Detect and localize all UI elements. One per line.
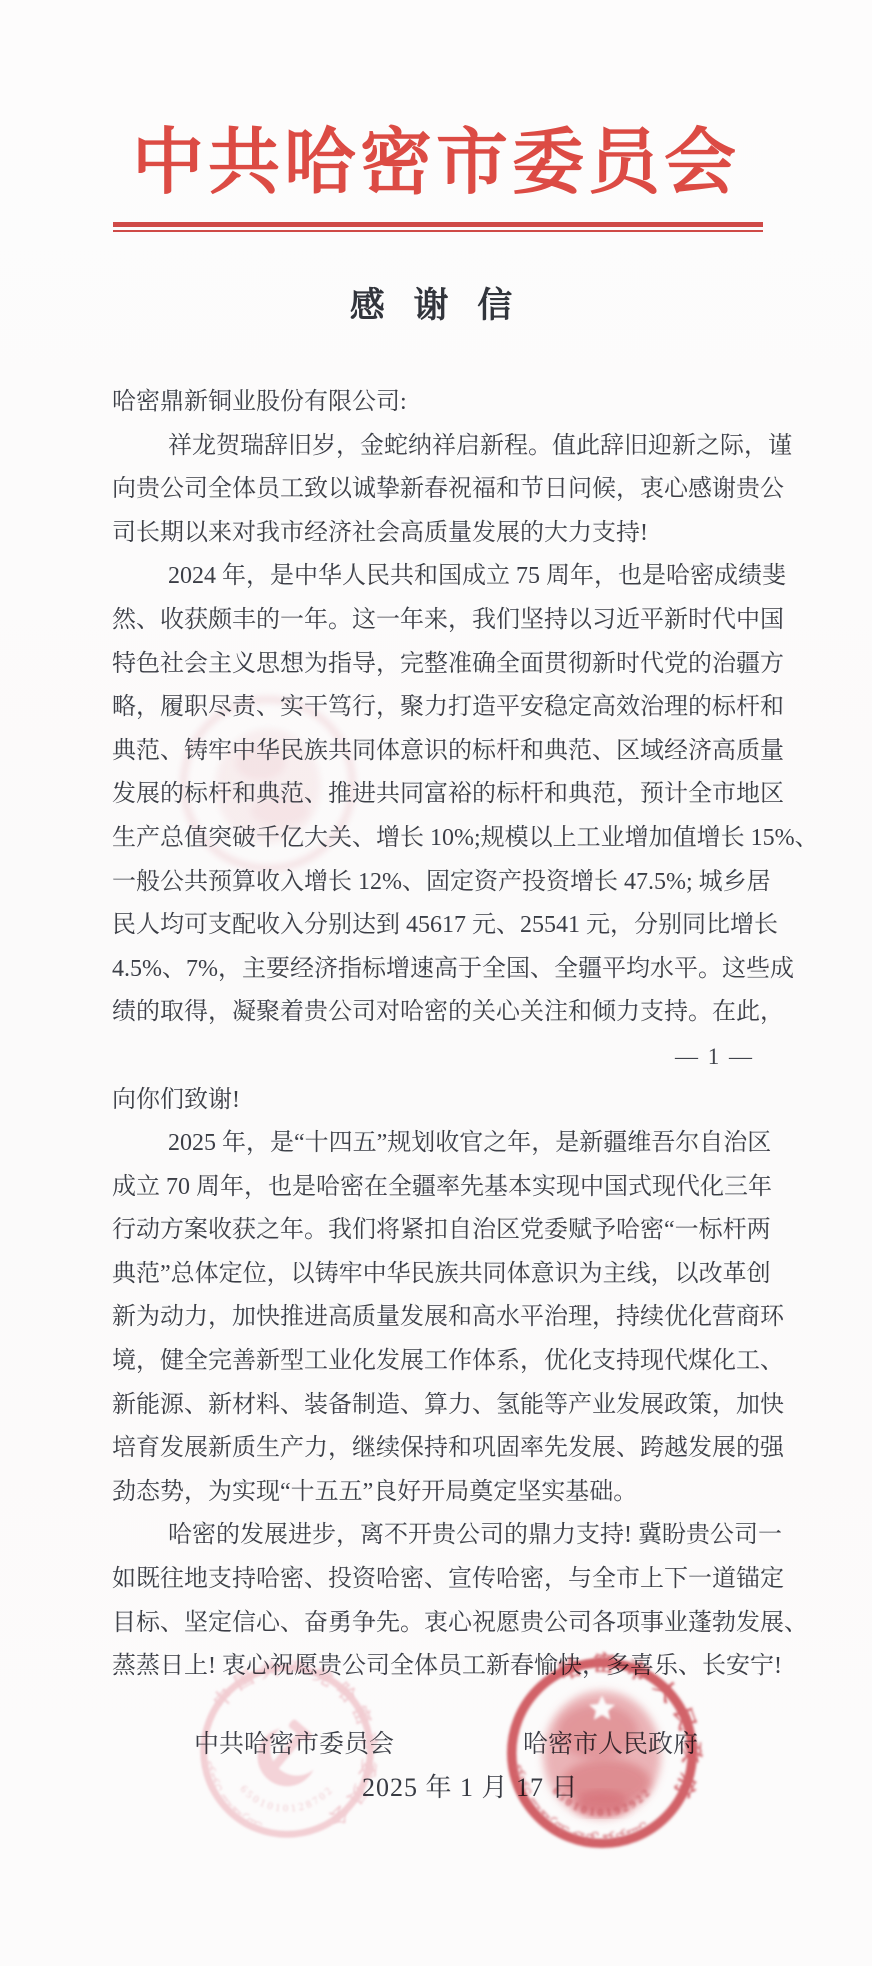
body-line: 向贵公司全体员工致以诚挚新春祝福和节日问候，衷心感谢贵公 (112, 468, 764, 512)
body-line: 向你们致谢! (112, 1079, 764, 1123)
body-line: 目标、坚定信心、奋勇争先。衷心祝愿贵公司各项事业蓬勃发展、 (112, 1602, 764, 1646)
letter-title: 感 谢 信 (0, 278, 872, 328)
body-line: 成立 70 周年，也是哈密在全疆率先基本实现中国式现代化三年 (112, 1166, 764, 1210)
body-line: 新能源、新材料、装备制造、算力、氢能等产业发展政策，加快 (112, 1384, 764, 1428)
body-line: 特色社会主义思想为指导，完整准确全面贯彻新时代党的治疆方 (112, 643, 764, 687)
body-line: 新为动力，加快推进高质量发展和高水平治理，持续优化营商环 (112, 1296, 764, 1340)
body-line: 2024 年，是中华人民共和国成立 75 周年，也是哈密成绩斐 (112, 555, 764, 599)
body-line: 祥龙贺瑞辞旧岁，金蛇纳祥启新程。值此辞旧迎新之际，谨 (112, 425, 764, 469)
letter-page: 中共哈密市委员会 感 谢 信 哈密鼎新铜业股份有限公司:祥龙贺瑞辞旧岁，金蛇纳祥… (0, 0, 872, 1966)
body-line: 民人均可支配收入分别达到 45617 元、25541 元，分别同比增长 (112, 904, 764, 948)
body-line: 哈密鼎新铜业股份有限公司: (112, 381, 764, 425)
body-line: 发展的标杆和典范、推进共同富裕的标杆和典范，预计全市地区 (112, 773, 764, 817)
body-line: 劲态势，为实现“十五五”良好开局奠定坚实基础。 (112, 1471, 764, 1515)
letterhead-divider-thin (113, 230, 763, 232)
body-line: 2025 年，是“十四五”规划收官之年，是新疆维吾尔自治区 (112, 1122, 764, 1166)
seal-serial-number: 6501010128702 (237, 1783, 336, 1815)
body-line: 绩的取得，凝聚着贵公司对哈密的关心关注和倾力支持。在此， (112, 991, 764, 1035)
letterhead-divider-thick (113, 222, 763, 227)
body-line: 略，履职尽责、实干笃行，聚力打造平安稳定高效治理的标杆和 (112, 686, 764, 730)
page-number: — 1 — (112, 1035, 764, 1079)
body-text: 哈密鼎新铜业股份有限公司:祥龙贺瑞辞旧岁，金蛇纳祥启新程。值此辞旧迎新之际，谨向… (112, 381, 764, 1689)
government-seal: 哈密市人民政府 قۇمۇل شەھەرلىك خەلق ھۆكۈمىتى 650… (497, 1648, 707, 1858)
svg-text:6501010128702: 6501010128702 (237, 1783, 336, 1815)
body-line: 然、收获颇丰的一年。这一年来，我们坚持以习近平新时代中国 (112, 599, 764, 643)
body-line: 典范”总体定位，以铸牢中华民族共同体意识为主线，以改革创 (112, 1253, 764, 1297)
body-line: 行动方案收获之年。我们将紧扣自治区党委赋予哈密“一标杆两 (112, 1209, 764, 1253)
letterhead-org-name: 中共哈密市委员会 (0, 104, 872, 208)
body-line: 一般公共预算收入增长 12%、固定资产投资增长 47.5%; 城乡居 (112, 861, 764, 905)
body-line: 境，健全完善新型工业化发展工作体系，优化支持现代煤化工、 (112, 1340, 764, 1384)
body-line: 如既往地支持哈密、投资哈密、宣传哈密，与全市上下一道锚定 (112, 1558, 764, 1602)
body-line: 司长期以来对我市经济社会高质量发展的大力支持! (112, 512, 764, 556)
body-line: 4.5%、7%，主要经济指标增速高于全国、全疆平均水平。这些成 (112, 948, 764, 992)
party-committee-seal: 中国共产党哈密市委员会 قۇمۇل شەھەرلىك 6501010128702 (189, 1653, 385, 1849)
body-line: 生产总值突破千亿大关、增长 10%;规模以上工业增加值增长 15%、 (112, 817, 764, 861)
body-line: 哈密的发展进步，离不开贵公司的鼎力支持! 冀盼贵公司一 (112, 1514, 764, 1558)
body-line: 典范、铸牢中华民族共同体意识的标杆和典范、区域经济高质量 (112, 730, 764, 774)
body-line: 培育发展新质生产力，继续保持和巩固率先发展、跨越发展的强 (112, 1427, 764, 1471)
